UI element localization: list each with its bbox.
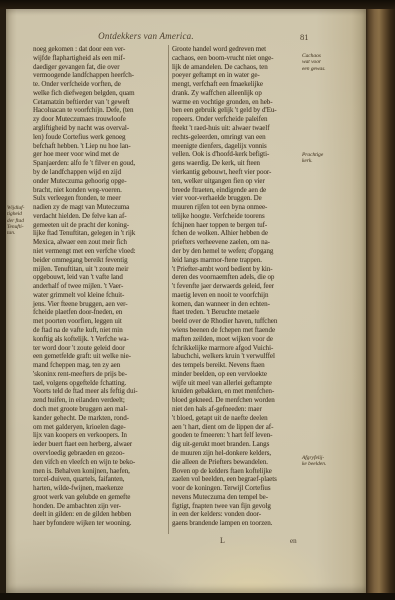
text-line: jens. Vier fteene bruggen, aen ver- xyxy=(33,300,169,309)
text-line: deren des voornaemften adels, die op xyxy=(172,273,299,282)
text-line: te. Onder verfcheide vorften, de xyxy=(33,80,169,89)
text-line: wiens beenen de fchepen met ftaende xyxy=(172,326,299,335)
text-line: Mexica, alwaer een zout meir fich xyxy=(33,238,169,247)
text-line: fcheide plaetfen door-fneden, en xyxy=(33,308,169,317)
text-line: kruiden gebakken, en met menfchen- xyxy=(172,387,299,396)
text-line: ger hoe meer voor wind met de xyxy=(33,150,169,159)
text-line: dig uit-gerukt moet branden. Langs xyxy=(172,440,299,449)
text-line: telijke hoogte. Verfcheide toorens xyxy=(172,212,299,221)
text-line: mengt, verfchaft een fmaekelijke xyxy=(172,80,299,89)
text-line: Cetamatzin beftierder van 't geweft xyxy=(33,98,169,107)
text-line: welke fich diefwegen belgden, quam xyxy=(33,89,169,98)
text-line: niet den hals af-gefneeden: maer xyxy=(172,405,299,414)
text-line: den vifch en vleefch en wijn te beko- xyxy=(33,458,169,467)
text-line: gemeeten uit de pracht der koning- xyxy=(33,221,169,230)
catchword: en xyxy=(290,537,297,545)
text-line: de ftad na de vafte kuft, niet min xyxy=(33,326,169,335)
scan-border-top xyxy=(0,0,395,9)
text-line: noeg gekomen : dat door een ver- xyxy=(33,45,169,54)
text-line: beider ommegang bereikt feventig xyxy=(33,256,169,265)
text-line: verdacht hielden. De felve kan af- xyxy=(33,212,169,221)
text-line: Groote handel word gedreven met xyxy=(172,45,299,54)
text-line: 'skoninx rent-meefters de prijs be- xyxy=(33,370,169,379)
text-line: bloed gekneed. De menfchen worden xyxy=(172,396,299,405)
text-line: Voorts teld de ftad meer als feftig dui- xyxy=(33,387,169,396)
text-line: water grimmelt vol kleine fchuit- xyxy=(33,291,169,300)
text-line: ke beelden. xyxy=(302,461,326,467)
text-line: om met galderyen, krioelen dage- xyxy=(33,423,169,432)
text-line: der ftad xyxy=(7,218,24,224)
text-line: ter word door 't zoute geleid door xyxy=(33,344,169,353)
text-line: fchen de wolken. Alhier hebben de xyxy=(172,229,299,238)
text-line: gaens brandende lampen en toorzen. xyxy=(172,519,299,528)
text-line: kander gehecht. De markten, rond- xyxy=(33,414,169,423)
text-line: voor de koningen. Terwijl Cortefius xyxy=(172,484,299,493)
text-line: vellen. Ook is d'hoofd-kerk befigti- xyxy=(172,150,299,159)
text-line: ten, welker uitgangen fien op vier xyxy=(172,177,299,186)
text-line: torcel-duiven, quartels, faifanten, xyxy=(33,475,169,484)
book-fore-edge xyxy=(366,0,395,600)
text-line: breede ftraeten, eindigende aen de xyxy=(172,186,299,195)
text-line: minder beelden, op een vervloekte xyxy=(172,370,299,379)
text-line: zend huifen, in eilanden verdeelt; xyxy=(33,396,169,405)
text-line: groot werk van gelubde en gemefte xyxy=(33,493,169,502)
text-line: mijlen. Tenuftitan, uit 't zoute meir xyxy=(33,265,169,274)
text-line: lijke ftad Tenuftitan, gelegen in 't rij… xyxy=(33,229,169,238)
text-line: labuchchi, welkers kruin 't verwulffel xyxy=(172,352,299,361)
text-line: Hacoluacan te voorfchijn. Defe, (ten xyxy=(33,106,169,115)
text-column-left: noeg gekomen : dat door een ver-wijfde f… xyxy=(33,45,169,528)
text-line: Sulx verleegen ftonden, te meer xyxy=(33,194,169,203)
text-line: maetig leven en nooit te voorfchijn xyxy=(172,291,299,300)
text-line: tael, volgens opgeftelde fchatting. xyxy=(33,379,169,388)
text-line: nevens Muteczuma den tempel be- xyxy=(172,493,299,502)
margin-note-kerk: Prachtigekerk. xyxy=(302,152,323,165)
text-line: poeyer geftampt en in water ge- xyxy=(172,71,299,80)
text-line: rechts-geleerden, omringt van een xyxy=(172,133,299,142)
text-line: leid langs marmor-ftene trappen. xyxy=(172,256,299,265)
text-line: bracht, niet konden weg-voeren. xyxy=(33,186,169,195)
text-line: deelt in gilden: en de gilden hebben xyxy=(33,510,169,519)
column-divider-rule xyxy=(168,45,169,534)
text-line: ben een gebruik gelijk 't geld by d'Eu- xyxy=(172,106,299,115)
text-line: fteekt 't raed-huis uit: alwaer twaelf xyxy=(172,124,299,133)
text-line: daediger gevangen fat, die over xyxy=(33,63,169,72)
text-line: der by den hemel te wefen; d'opgang xyxy=(172,247,299,256)
text-line: men is. Behalven konijnen, haefen, xyxy=(33,467,169,476)
text-line: zaelen vol beelden, een begraef-plaets xyxy=(172,475,299,484)
text-line: opgebouwt, leid van 't vafte land xyxy=(33,273,169,282)
text-line: komen, dan wanneer in den echten- xyxy=(172,300,299,309)
text-line: Spanjaerden: alfo fe 't filver en goud, xyxy=(33,159,169,168)
text-line: Boven op de kelders ftaen koftelijke xyxy=(172,467,299,476)
margin-note-cachaos: Cachaoswat vooreen gewas. xyxy=(302,53,326,72)
text-line: fchijnen haer toppen te bergen tuf- xyxy=(172,221,299,230)
text-line: lijk de amandelen. De cachaos, ten xyxy=(172,63,299,72)
text-line: een gewas. xyxy=(302,66,326,72)
text-line: vier voor-verhaelde bruggen. De xyxy=(172,194,299,203)
text-line: konftig als koftelijk. 't Verfche wa- xyxy=(33,335,169,344)
text-line: de muuren zijn hel-donkere kelders, xyxy=(172,449,299,458)
scan-border-bottom xyxy=(0,593,395,600)
text-line: drank. Zy waffchen alleenlijk op xyxy=(172,89,299,98)
text-line: priefters verheevene zaelen, om na- xyxy=(172,238,299,247)
text-line: vierkantig gebouwt, heeft vier poor- xyxy=(172,168,299,177)
text-line: ftaet treden. 't Beruchte metaele xyxy=(172,308,299,317)
text-line: tan. xyxy=(7,230,24,236)
text-line: honden. De ambachten zijn ver- xyxy=(33,502,169,511)
text-line: maften zeilden, moet wijken voor de xyxy=(172,335,299,344)
text-line: nadien zy de magt van Muteczuma xyxy=(33,203,169,212)
running-header-title: Ontdekkers van America. xyxy=(40,31,252,41)
text-line: die alleen de Priefters bewandelen. xyxy=(172,458,299,467)
text-line: aen 't hart, dient om de lippen der af- xyxy=(172,423,299,432)
text-line: fchrikkelijke marmore afgod Vuichi- xyxy=(172,344,299,353)
text-line: zy door Muteczumaes trouwloofe xyxy=(33,115,169,124)
text-line: een gemetfelde graft: uit welke nie- xyxy=(33,352,169,361)
margin-note-stad: Wijdluf-tigheidder ftadTenufti-tan. xyxy=(7,205,24,236)
text-line: harten, wilde-fwijnen, maekenze xyxy=(33,484,169,493)
text-line: argliftigheid by nacht was overval- xyxy=(33,124,169,133)
text-line: gens waerdig. De kerk, uit fteen xyxy=(172,159,299,168)
text-line: overvloedig gebraeden en gezoo- xyxy=(33,449,169,458)
text-line: haer byfondere wijken ter wooning. xyxy=(33,519,169,528)
book-page: Ontdekkers van America. 81 noeg gekomen … xyxy=(6,9,366,593)
text-line: 't fevenfte jaer derwaerds geleid, feer xyxy=(172,282,299,291)
text-line: ieder buert ftaet een herberg, alwaer xyxy=(33,440,169,449)
text-line: 't Priefter-ambt word bedient by kin- xyxy=(172,265,299,274)
text-line: mand fcheppen mag, ten zy aen xyxy=(33,361,169,370)
text-line: des tempels bereikt. Nevens ftaen xyxy=(172,361,299,370)
text-line: gooden te fmeeren: 't hart felf leven- xyxy=(172,431,299,440)
text-line: tigheid xyxy=(7,211,24,217)
text-line: warme en vochtige gronden, en heb- xyxy=(172,98,299,107)
text-column-right: Groote handel word gedreven metcachaos, … xyxy=(172,45,299,528)
text-line: niet vermengt met een verfche vloed: xyxy=(33,247,169,256)
book-scan: Ontdekkers van America. 81 noeg gekomen … xyxy=(0,0,395,600)
text-line: beeld over de Rhodier haven, tuffchen xyxy=(172,317,299,326)
text-line: vermoogende landfchappen heerfch- xyxy=(33,71,169,80)
text-line: befchaft hebben. 't Liep nu hoe lan- xyxy=(33,142,169,151)
text-line: cachaos, een boom-vrucht niet onge- xyxy=(172,54,299,63)
text-line: wijfe uit meel van allerlei geftampte xyxy=(172,379,299,388)
text-line: kerk. xyxy=(302,158,323,164)
page-number: 81 xyxy=(300,32,309,42)
margin-note-beelden: Afgryfelij-ke beelden. xyxy=(302,455,326,468)
text-line: ropeers. Onder verfcheide paleifen xyxy=(172,115,299,124)
text-line: onder Muteczuma gehoorig opge- xyxy=(33,177,169,186)
text-line: doch met groote bruggen aen mal- xyxy=(33,405,169,414)
text-line: met poorten voorfien, leggen uit xyxy=(33,317,169,326)
text-line: 't bloed, getapt uit de naefte deelen xyxy=(172,414,299,423)
text-line: len) foude Cortefius werk genoeg xyxy=(33,133,169,142)
text-line: in een der kelders: vonden door- xyxy=(172,510,299,519)
text-line: wijfde flaphartigheid als een mif- xyxy=(33,54,169,63)
text-line: anderhalf of twee mijlen. 't Vaer- xyxy=(33,282,169,291)
text-line: by de landfchappen wijd en zijd xyxy=(33,168,169,177)
text-line: figtigt, fnapten twee van fijn gevolg xyxy=(172,502,299,511)
text-line: muuren rijfen tot een byna onmee- xyxy=(172,203,299,212)
signature-mark: L xyxy=(220,536,225,545)
text-line: lijx van koopers en verkoopers. In xyxy=(33,431,169,440)
text-line: meenigte dienfers, dagelijx vonnis xyxy=(172,142,299,151)
